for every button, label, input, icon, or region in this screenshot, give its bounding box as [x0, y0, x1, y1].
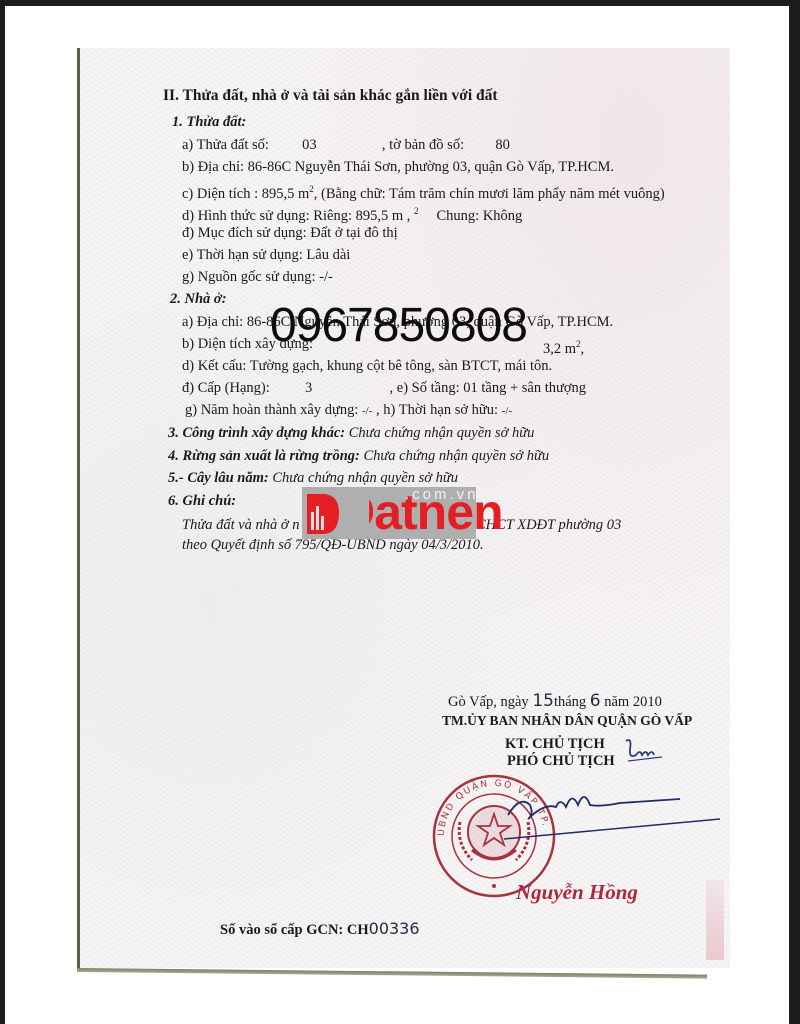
land-origin: g) Nguồn gốc sử dụng: -/-	[182, 268, 333, 286]
other-construction-label: 3. Công trình xây dựng khác:	[168, 425, 345, 441]
house-floor-area-end: 3,2 m2,	[543, 335, 584, 358]
signing-day: 15	[532, 691, 554, 711]
signing-on-behalf: KT. CHỦ TỊCH	[505, 735, 605, 753]
land-area: c) Diện tích : 895,5 m2, (Bằng chữ: Tám …	[182, 180, 665, 203]
house-floor-area-value: 3,2 m	[543, 341, 576, 357]
signer-name: Nguyễn Hồng	[516, 880, 638, 905]
registry-label: Số vào sổ cấp GCN:	[220, 922, 343, 938]
initials-mark	[622, 735, 662, 765]
ownership-term-label: , h) Thời hạn sở hữu:	[376, 402, 498, 418]
signing-title: PHÓ CHỦ TỊCH	[507, 752, 615, 770]
land-plot-line: a) Thửa đất số: 03 , tờ bản đồ số: 80	[182, 136, 510, 154]
registry-prefix: CH	[347, 922, 369, 938]
logo-domain: .com.vn	[405, 486, 479, 503]
house-structure: d) Kết cấu: Tường gạch, khung cột bê tôn…	[182, 357, 552, 375]
month-label: tháng	[554, 694, 586, 710]
plot-label: a) Thửa đất số:	[182, 137, 269, 153]
planted-forest-value: Chưa chứng nhận quyền sở hữu	[363, 448, 549, 464]
notes-heading: 6. Ghi chú:	[168, 492, 236, 510]
place-date-prefix: Gò Vấp, ngày	[448, 694, 529, 710]
house-completion: g) Năm hoàn thành xây dựng: -/- , h) Thờ…	[185, 401, 512, 420]
building-logo-icon	[305, 490, 341, 536]
completion-label: g) Năm hoàn thành xây dựng:	[185, 402, 358, 418]
planted-forest: 4. Rừng sản xuất là rừng trồng: Chưa chứ…	[168, 447, 549, 465]
house-grade-floors: đ) Cấp (Hạng): 3 , e) Số tầng: 01 tầng +…	[182, 379, 586, 397]
section-title: II. Thửa đất, nhà ở và tài sản khác gắn …	[163, 87, 498, 105]
land-usage-form: d) Hình thức sử dụng: Riêng: 895,5 m , 2…	[182, 202, 522, 225]
phone-watermark: 0967850808	[270, 302, 527, 350]
usage-form-sup: 2	[414, 206, 419, 216]
year-label: năm 2010	[604, 694, 662, 710]
signing-place-date: Gò Vấp, ngày 15tháng 6 năm 2010	[448, 692, 662, 711]
usage-form-shared: Chung: Không	[437, 208, 523, 224]
signing-authority: TM.ỦY BAN NHÂN DÂN QUẬN GÒ VẤP	[442, 712, 692, 730]
map-number: 80	[495, 137, 510, 153]
registry-number: Số vào sổ cấp GCN: CH00336	[220, 920, 420, 939]
plot-number: 03	[302, 137, 317, 153]
signing-month: 6	[590, 691, 601, 711]
house-floor-area-sup: 2	[576, 339, 581, 349]
registry-handwritten-number: 00336	[369, 919, 420, 938]
usage-form-label: d) Hình thức sử dụng: Riêng: 895,5 m ,	[182, 208, 414, 224]
map-label: , tờ bản đồ số:	[382, 137, 464, 153]
ownership-term-value: -/-	[502, 405, 512, 417]
land-purpose: đ) Mục đích sử dụng: Đất ở tại đô thị	[182, 224, 398, 242]
house-heading: 2. Nhà ở:	[170, 290, 227, 308]
other-construction-value: Chưa chứng nhận quyền sở hữu	[349, 425, 535, 441]
land-area-label: c) Diện tích : 895,5 m	[182, 186, 309, 202]
grade-value: 3	[305, 380, 312, 396]
land-heading: 1. Thửa đất:	[172, 113, 246, 131]
page-right-edge-tint	[706, 880, 724, 960]
other-construction: 3. Công trình xây dựng khác: Chưa chứng …	[168, 424, 534, 442]
handwritten-signature	[500, 775, 720, 845]
perennial-trees-label: 5.- Cây lâu năm:	[168, 470, 269, 486]
planted-forest-label: 4. Rừng sản xuất là rừng trồng:	[168, 448, 360, 464]
land-term: e) Thời hạn sử dụng: Lâu dài	[182, 246, 350, 264]
completion-value: -/-	[362, 405, 372, 417]
land-area-words: , (Bằng chữ: Tám trăm chín mươi lăm phẩy…	[314, 186, 665, 202]
notes-line1-start: Thửa đất và nhà ở n	[182, 516, 300, 534]
grade-label: đ) Cấp (Hạng):	[182, 380, 270, 396]
floors: , e) Số tầng: 01 tầng + sân thượng	[390, 380, 586, 396]
land-address: b) Địa chỉ: 86-86C Nguyễn Thái Sơn, phườ…	[182, 158, 614, 176]
